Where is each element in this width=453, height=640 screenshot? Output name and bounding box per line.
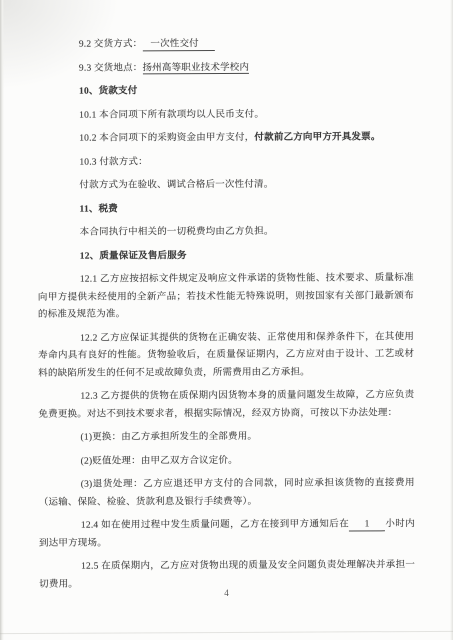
clause-10-2: 10.2 本合同项下的采购资金由甲方支付，付款前乙方向甲方开具发票。 <box>37 129 413 148</box>
clause-12-2: 12.2 乙方应保证其提供的货物在正确安装、正常使用和保养条件下，在其使用寿命内… <box>38 329 414 383</box>
clause-9-3-filled-value: 扬州高等职业技术学校内 <box>142 62 249 73</box>
clause-12-1: 12.1 乙方应按招标文件规定及响应文件承诺的货物性能、技术要求、质量标准向甲方… <box>38 270 414 324</box>
clause-11-note: 本合同执行中相关的一切税费均由乙方负担。 <box>38 223 414 242</box>
clause-9-3: 9.3 交货地点：扬州高等职业技术学校内 <box>37 59 413 78</box>
contract-body: 9.2 交货方式：一次性交付 9.3 交货地点：扬州高等职业技术学校内 10、货… <box>37 35 415 600</box>
clause-9-3-label: 9.3 交货地点： <box>79 63 143 73</box>
list-item-replace: (1)更换：由乙方承担所发生的全部费用。 <box>38 428 414 447</box>
clause-10-2-bold-text: 付款前乙方向甲方开具发票。 <box>254 132 380 143</box>
clause-12-3: 12.3 乙方提供的货物在质保期内因货物本身的质量问题发生故障，乙方应负责免费更… <box>38 387 414 424</box>
clause-10-2-text: 10.2 本合同项下的采购资金由甲方支付， <box>79 133 254 144</box>
clause-10-3: 10.3 付款方式： <box>37 153 413 172</box>
clause-9-2-label: 9.2 交货方式： <box>79 39 143 49</box>
heading-10-payment: 10、货款支付 <box>37 82 413 101</box>
clause-9-2: 9.2 交货方式：一次性交付 <box>37 35 413 54</box>
clause-10-3-note: 付款方式为在验收、调试合格后一次性付清。 <box>37 176 413 195</box>
list-item-return: (3)退货处理：乙方应退还甲方支付的合同款，同时应承担该货物的直接费用（运输、保… <box>39 475 415 512</box>
scan-left-edge <box>0 0 4 640</box>
list-item-devalue: (2)贬值处理：由甲乙双方合议定价。 <box>39 452 415 471</box>
heading-12-quality: 12、质量保证及售后服务 <box>38 247 414 266</box>
page-number: 4 <box>0 588 453 598</box>
clause-12-4-pre: 12.4 如在使用过程中发生质量问题，乙方在接到甲方通知后在 <box>81 519 349 530</box>
clause-12-4: 12.4 如在使用过程中发生质量问题，乙方在接到甲方通知后在1小时内到达甲方现场… <box>39 516 415 553</box>
clause-10-1: 10.1 本合同项下所有款项均以人民币支付。 <box>37 106 413 125</box>
clause-9-2-filled-value: 一次性交付 <box>142 39 215 51</box>
clause-12-4-blank-value: 1 <box>349 519 385 531</box>
scanned-contract-page: 9.2 交货方式：一次性交付 9.3 交货地点：扬州高等职业技术学校内 10、货… <box>0 0 453 640</box>
heading-11-taxes: 11、税费 <box>37 200 413 219</box>
